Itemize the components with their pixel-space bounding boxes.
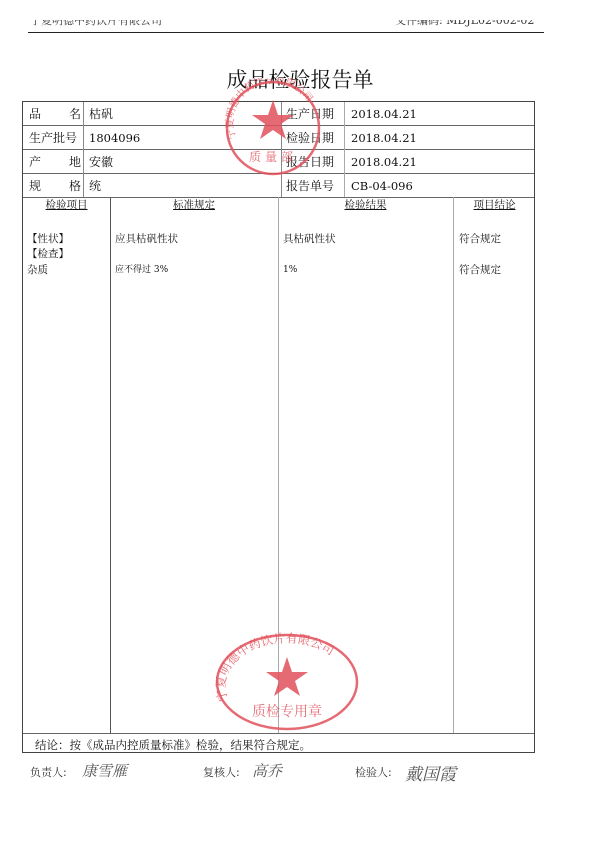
page-title: 成品检验报告单 (0, 64, 600, 94)
label-char: 品 (29, 102, 41, 126)
responsible-label: 负责人: (30, 764, 67, 780)
item-cell: 【性状】 (27, 232, 69, 246)
conclusion-text: 结论：按《成品内控质量标准》检验，结果符合规定。 (35, 737, 311, 753)
item-cell: 【检查】 (27, 247, 69, 261)
result-cell: 具枯矾性状 (283, 232, 336, 246)
col-header-conclusion: 项目结论 (453, 198, 536, 212)
label-char: 规 (29, 174, 41, 198)
conclusion-cell: 符合规定 (459, 232, 501, 246)
col-header-item: 检验项目 (23, 198, 110, 212)
col-header-result: 检验结果 (278, 198, 453, 212)
doc-code-header: 文件编码: MDJL02-002-02 (395, 20, 534, 32)
conclusion-cell: 符合规定 (459, 263, 501, 277)
col-divider (453, 197, 454, 733)
col-divider (344, 102, 345, 197)
product-name-label: 品名 (29, 102, 81, 126)
company-header: 宁夏明德中药饮片有限公司 (30, 20, 162, 32)
report-no: CB-04-096 (351, 174, 413, 198)
col-divider (278, 197, 279, 733)
reviewer-signature: 高乔 (252, 760, 282, 781)
production-date: 2018.04.21 (351, 102, 417, 126)
inspection-date-label: 检验日期 (286, 126, 334, 150)
spec: 统 (89, 174, 101, 198)
row-divider (23, 733, 534, 734)
product-name: 枯矾 (89, 102, 113, 126)
label-char: 地 (69, 150, 81, 174)
label-char: 产 (29, 150, 41, 174)
report-no-label: 报告单号 (286, 174, 334, 198)
inspector-label: 检验人: (355, 764, 392, 780)
origin-label: 产地 (29, 150, 81, 174)
report-table: 品名 枯矾 生产批号 1804096 产地 安徽 规格 统 生产日期 2018.… (22, 101, 535, 753)
col-divider (83, 102, 84, 197)
standard-cell: 应不得过 3% (115, 263, 168, 277)
col-divider (281, 102, 282, 197)
item-cell: 杂质 (27, 263, 48, 277)
responsible-signature: 康雪雁 (82, 760, 127, 781)
company-name: 宁夏明德中药饮片有限公司 (30, 20, 162, 27)
batch-number: 1804096 (89, 126, 140, 150)
col-header-standard: 标准规定 (110, 198, 278, 212)
standard-cell: 应具枯矾性状 (115, 232, 178, 246)
header-rule (28, 32, 544, 33)
report-date: 2018.04.21 (351, 150, 417, 174)
label-char: 名 (69, 102, 81, 126)
doc-code: 文件编码: MDJL02-002-02 (395, 20, 534, 27)
batch-label: 生产批号 (29, 126, 77, 150)
inspection-date: 2018.04.21 (351, 126, 417, 150)
reviewer-label: 复核人: (203, 764, 240, 780)
spec-label: 规格 (29, 174, 81, 198)
inspector-signature: 戴国霞 (405, 760, 456, 785)
report-date-label: 报告日期 (286, 150, 334, 174)
col-divider (110, 197, 111, 733)
label-char: 格 (69, 174, 81, 198)
production-date-label: 生产日期 (286, 102, 334, 126)
origin: 安徽 (89, 150, 113, 174)
result-cell: 1% (283, 263, 297, 277)
